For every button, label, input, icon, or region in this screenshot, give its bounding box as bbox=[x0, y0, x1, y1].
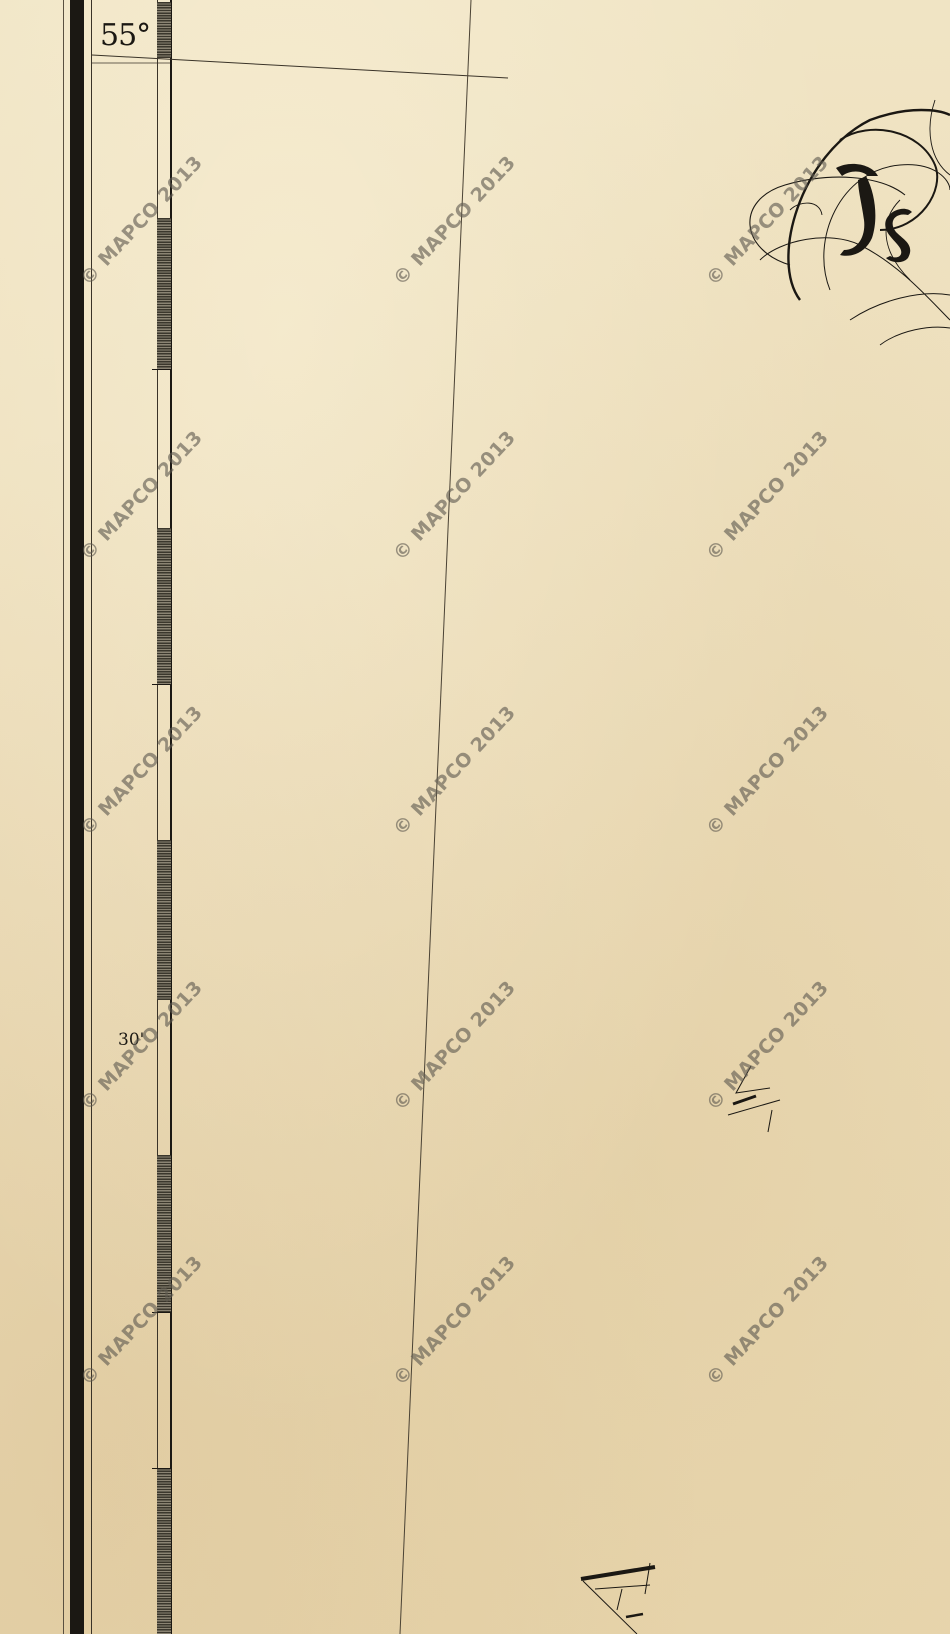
parallel-line-55 bbox=[92, 55, 508, 78]
title-letters-is bbox=[836, 164, 912, 262]
sea-lettering-a bbox=[581, 1563, 655, 1634]
graticule-and-lettering bbox=[0, 0, 950, 1634]
